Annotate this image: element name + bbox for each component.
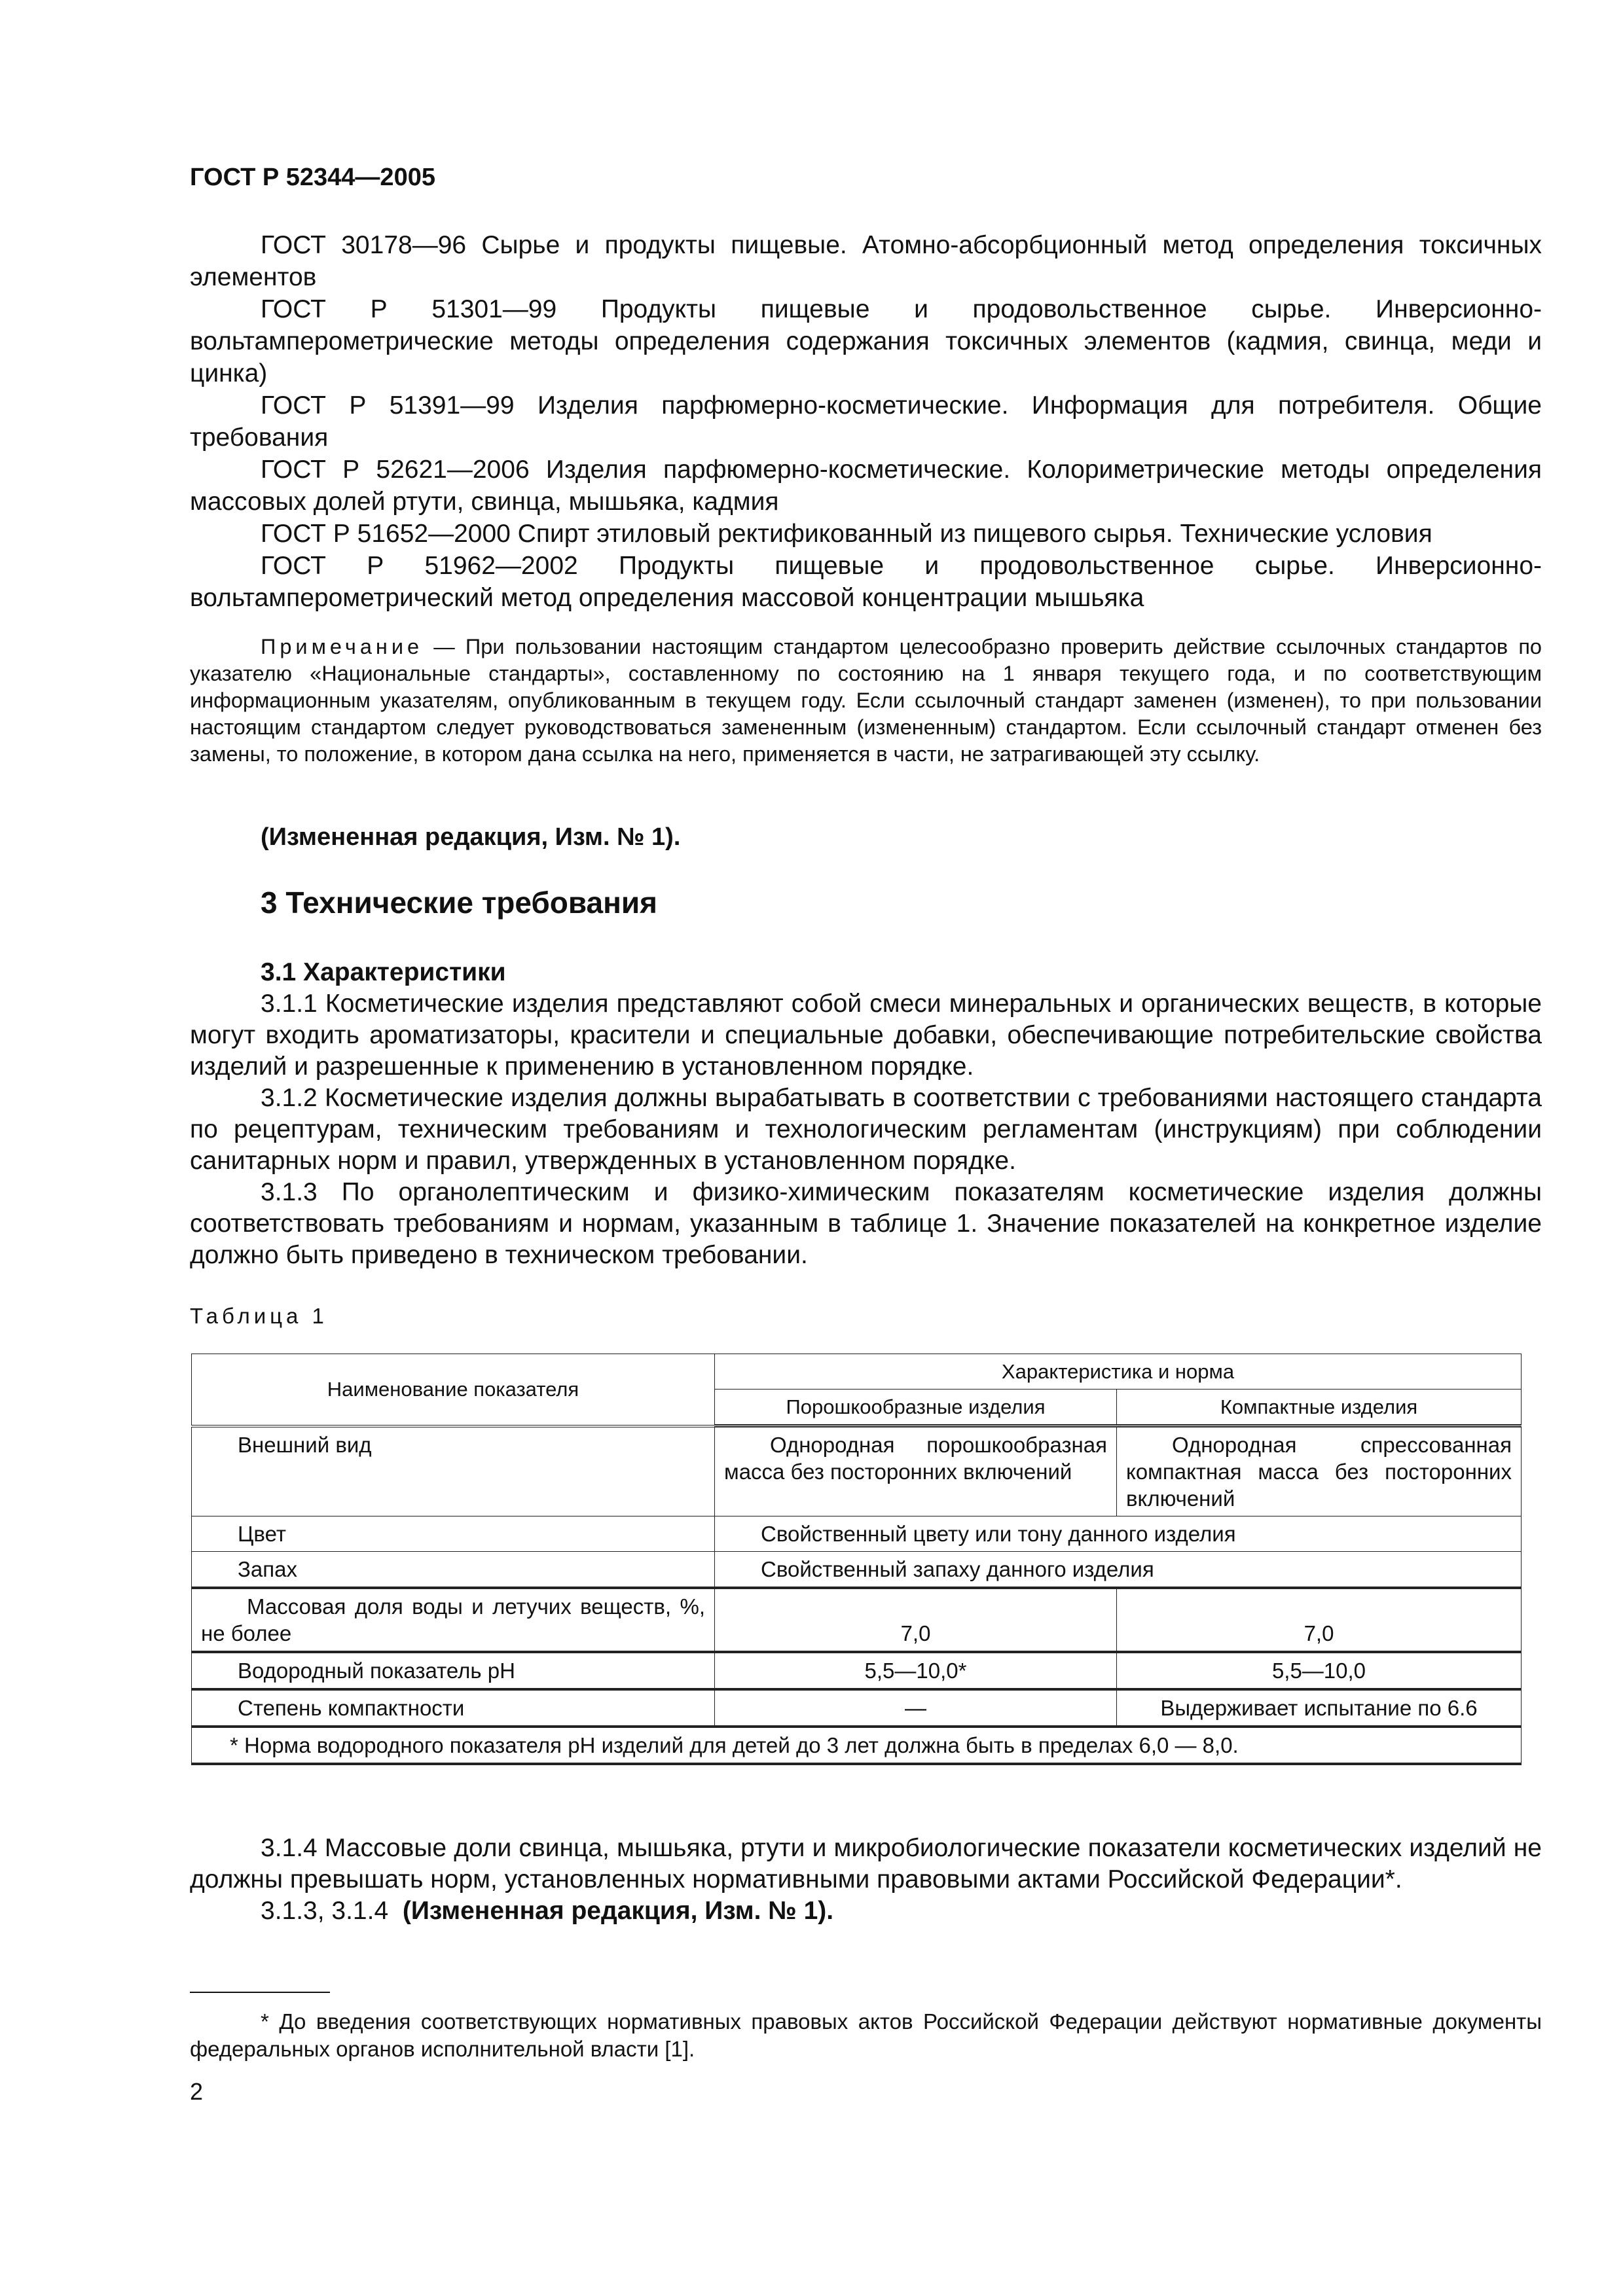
paragraph-3-1-3: 3.1.3 По органолептическим и физико-хими… [190,1177,1542,1271]
reference-item: ГОСТ Р 51301—99 Продукты пищевые и продо… [190,293,1542,389]
paragraph-3-1-1: 3.1.1 Косметические изделия представляют… [190,988,1542,1083]
normative-references-list: ГОСТ 30178—96 Сырье и продукты пищевые. … [190,229,1542,614]
row-name: Внешний вид [192,1426,715,1516]
row-compact-value: Однородная спрессованная компактная масс… [1117,1426,1522,1516]
footnote-text: * До введения соответствующих нормативны… [190,2008,1542,2063]
row-merged-value: Свойственный цвету или тону данного изде… [715,1516,1522,1552]
row-powder-value: 5,5—10,0* [715,1652,1117,1689]
section-body: 3.1 Характеристики 3.1.1 Косметические и… [190,957,1542,1271]
header-compact-products: Компактные изделия [1117,1390,1522,1426]
row-name: Массовая доля воды и летучих веществ, %,… [192,1588,715,1652]
row-powder-value: — [715,1689,1117,1727]
table-caption: Таблица 1 [190,1304,328,1329]
footnote-divider [190,1992,330,1993]
row-merged-value: Свойственный запаху данного изделия [715,1552,1522,1588]
header-indicator-name: Наименование показателя [192,1354,715,1426]
after-table-text: 3.1.4 Массовые доли свинца, мышьяка, рту… [190,1833,1542,1927]
header-powder-products: Порошкообразные изделия [715,1390,1117,1426]
row-powder-value: 7,0 [715,1588,1117,1652]
table-footnote: * Норма водородного показателя pH издели… [192,1727,1522,1764]
paragraph-3-1-4: 3.1.4 Массовые доли свинца, мышьяка, рту… [190,1833,1542,1895]
note-label: Примечание [261,635,423,658]
amendment-refs: 3.1.3, 3.1.4 [261,1897,388,1925]
characteristics-table: Наименование показателя Характеристика и… [191,1354,1522,1765]
amendment-text: (Измененная редакция, Изм. № 1). [403,1897,833,1925]
table-row: Степень компактности — Выдерживает испыт… [192,1689,1522,1727]
table-row: Водородный показатель pH 5,5—10,0* 5,5—1… [192,1652,1522,1689]
row-name: Цвет [192,1516,715,1552]
amendment-line: 3.1.3, 3.1.4 (Измененная редакция, Изм. … [190,1895,1542,1927]
amendment-note: (Измененная редакция, Изм. № 1). [261,823,680,852]
table-footnote-row: * Норма водородного показателя pH издели… [192,1727,1522,1764]
row-compact-value: 5,5—10,0 [1117,1652,1522,1689]
table-row: Запах Свойственный запаху данного издели… [192,1552,1522,1588]
page-footnote: * До введения соответствующих нормативны… [190,2008,1542,2063]
reference-item: ГОСТ 30178—96 Сырье и продукты пищевые. … [190,229,1542,293]
table-row: Цвет Свойственный цвету или тону данного… [192,1516,1522,1552]
reference-item: ГОСТ Р 51652—2000 Спирт этиловый ректифи… [190,518,1542,550]
paragraph-3-1-2: 3.1.2 Косметические изделия должны выраб… [190,1083,1542,1177]
reference-item: ГОСТ Р 52621—2006 Изделия парфюмерно-кос… [190,454,1542,518]
section-title: 3 Технические требования [261,885,657,920]
table-row: Внешний вид Однородная порошкообразная м… [192,1426,1522,1516]
reference-item: ГОСТ Р 51391—99 Изделия парфюмерно-косме… [190,389,1542,454]
row-name: Водородный показатель pH [192,1652,715,1689]
row-compact-value: 7,0 [1117,1588,1522,1652]
document-code-header: ГОСТ Р 52344—2005 [190,164,435,192]
table-row: Массовая доля воды и летучих веществ, %,… [192,1588,1522,1652]
row-powder-value: Однородная порошкообразная масса без пос… [715,1426,1117,1516]
row-name: Степень компактности [192,1689,715,1727]
subsection-title: 3.1 Характеристики [190,957,1542,988]
note-block: Примечание — При пользовании настоящим с… [190,634,1542,768]
reference-item: ГОСТ Р 51962—2002 Продукты пищевые и про… [190,550,1542,614]
row-name: Запах [192,1552,715,1588]
page-number: 2 [190,2078,203,2106]
row-compact-value: Выдерживает испытание по 6.6 [1117,1689,1522,1727]
note-dash: — [423,635,465,658]
header-characteristic-group: Характеристика и норма [715,1354,1522,1390]
